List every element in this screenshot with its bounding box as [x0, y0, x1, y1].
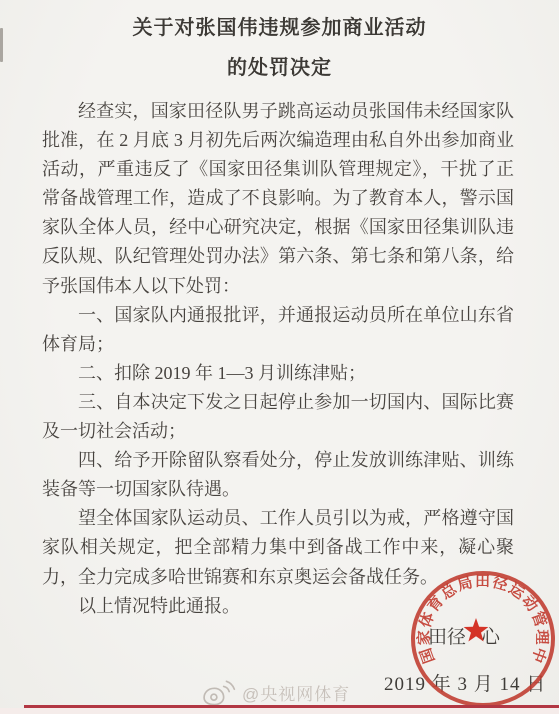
below-border-strip — [0, 708, 559, 714]
signature-org-left: 田径 — [428, 627, 466, 648]
paragraph-item-2: 二、扣除 2019 年 1—3 月训练津贴； — [42, 359, 514, 388]
watermark: @央视网体育 — [202, 679, 350, 706]
watermark-text: @央视网体育 — [242, 680, 350, 705]
paragraph-item-4: 四、给予开除留队察看处分，停止发放训练津贴、训练装备等一切国家队待遇。 — [42, 446, 514, 504]
title-line-2: 的处罚决定 — [0, 48, 559, 88]
document-body: 经查实，国家田径队男子跳高运动员张国伟未经国家队批准，在 2 月底 3 月初先后… — [42, 97, 514, 621]
signature-line: 田径心 — [428, 627, 500, 649]
signature-org-right: 心 — [481, 627, 500, 648]
paragraph-closing: 望全体国家队运动员、工作人员引以为戒，严格遵守国家队相关规定，把全部精力集中到备… — [42, 504, 514, 591]
paragraph-item-1: 一、国家队内通报批评，并通报运动员所在单位山东省体育局； — [42, 301, 514, 359]
paragraph-notice: 以上情况特此通报。 — [42, 592, 514, 621]
document-title: 关于对张国伟违规参加商业活动 的处罚决定 — [0, 8, 559, 88]
paragraph-intro: 经查实，国家田径队男子跳高运动员张国伟未经国家队批准，在 2 月底 3 月初先后… — [42, 97, 514, 301]
date-line: 2019 年 3 月 14 日 — [384, 669, 546, 696]
document-photo: 关于对张国伟违规参加商业活动 的处罚决定 经查实，国家田径队男子跳高运动员张国伟… — [0, 0, 559, 714]
title-line-1: 关于对张国伟违规参加商业活动 — [0, 8, 559, 48]
weibo-icon — [202, 679, 236, 706]
paragraph-item-3: 三、自本决定下发之日起停止参加一切国内、国际比赛及一切社会活动； — [42, 388, 514, 446]
